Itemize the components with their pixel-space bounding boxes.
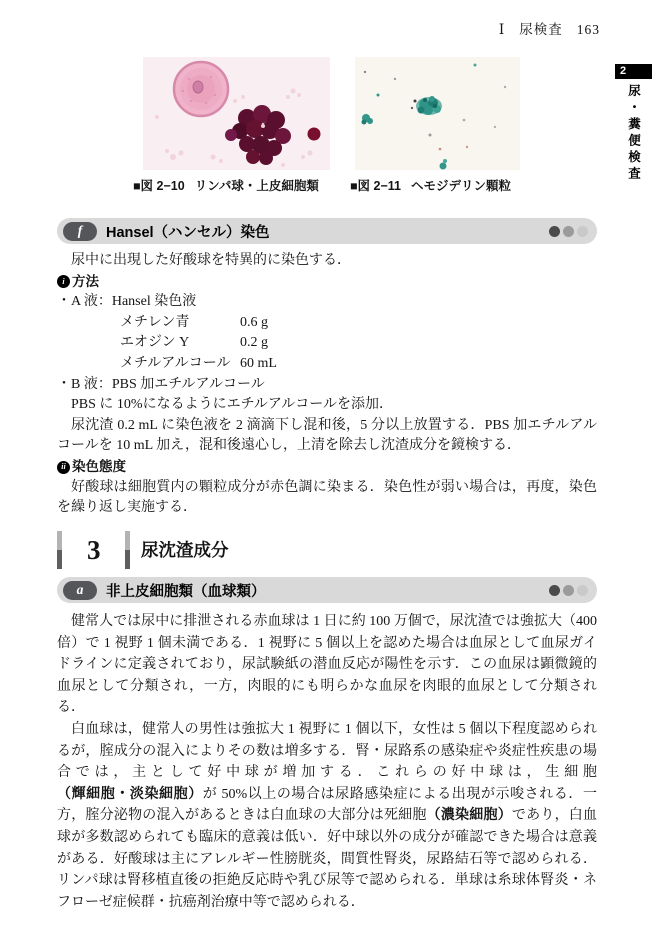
section-badge-f: f xyxy=(63,222,97,241)
solution-a-line: ・A 液：Hansel 染色液 xyxy=(57,292,597,313)
figure-caption-2-10: ■図 2−10リンパ球・上皮細胞類 xyxy=(133,176,319,194)
section-header-nonepithelial: a 非上皮細胞類（血球類） xyxy=(57,577,597,603)
isolated-red-cell xyxy=(308,128,321,141)
solution-b-line: ・B 液：PBS 加エチルアルコール xyxy=(57,375,597,396)
procedure-paragraph: 尿沈渣 0.2 mL に染色液を 2 滴滴下し混和後，5 分以上放置する．PBS… xyxy=(57,416,597,457)
level-dot-filled xyxy=(549,226,560,237)
figure-title: ヘモジデリン顆粒 xyxy=(411,179,511,193)
figure-title: リンパ球・上皮細胞類 xyxy=(195,179,319,193)
figure-caption-2-11: ■図 2−11ヘモジデリン顆粒 xyxy=(350,176,511,194)
level-dot-half xyxy=(563,226,574,237)
bold-term-live-cells: （輝細胞・淡染細胞） xyxy=(57,787,203,802)
section-title-nonepithelial: 非上皮細胞類（血球類） xyxy=(106,580,266,601)
reagent-row: メチレン青 0.6 g xyxy=(57,313,597,334)
section-3-heading: 3 尿沈渣成分 xyxy=(57,530,597,570)
chapter-marker: Ⅰ xyxy=(499,22,505,37)
figure-label: ■図 2−11 xyxy=(350,179,401,193)
reagent-row: エオジン Y 0.2 g xyxy=(57,333,597,354)
level-dot-filled xyxy=(549,585,560,596)
bold-term-dead-cells: （濃染細胞） xyxy=(427,808,512,823)
wbc-paragraph: 白血球は，健常人の男性は強拡大 1 視野に 1 個以下，女性は 5 個以下程度認… xyxy=(57,719,597,913)
solution-b-note: PBS に 10%になるようにエチルアルコールを添加． xyxy=(57,395,597,416)
importance-level-indicator xyxy=(549,226,588,237)
side-tab-label: 尿・糞便検査 xyxy=(625,84,643,183)
micrograph-lymphocytes-epithelial xyxy=(143,57,330,170)
staining-subheading: ii染色態度 xyxy=(57,457,597,478)
side-tab-number: 2 xyxy=(615,64,652,79)
running-header: Ⅰ尿検査163 xyxy=(499,18,600,38)
staining-paragraph: 好酸球は細胞質内の顆粒成分が赤色調に染まる．染色性が弱い場合は，再度，染色を繰り… xyxy=(57,478,597,519)
method-subheading: i方法 xyxy=(57,272,597,293)
section-header-hansel: f Hansel（ハンセル）染色 xyxy=(57,218,597,244)
level-dot-empty xyxy=(577,226,588,237)
section-f-body: 尿中に出現した好酸球を特異的に染色する． i方法 ・A 液：Hansel 染色液… xyxy=(57,251,597,519)
importance-level-indicator xyxy=(549,585,588,596)
chapter-title: 尿検査 xyxy=(519,22,563,37)
hansel-intro: 尿中に出現した好酸球を特異的に染色する． xyxy=(57,251,597,272)
micrograph-hemosiderin xyxy=(355,57,520,170)
circled-numeral-ii-icon: ii xyxy=(57,461,70,474)
figure-label: ■図 2−10 xyxy=(133,179,185,193)
side-tab: 2 尿・糞便検査 xyxy=(615,64,652,183)
section-title-urine-sediment: 尿沈渣成分 xyxy=(141,530,229,570)
reagent-row: メチルアルコール 60 mL xyxy=(57,354,597,375)
section-title-hansel: Hansel（ハンセル）染色 xyxy=(106,221,270,242)
section-badge-a: a xyxy=(63,581,97,600)
level-dot-empty xyxy=(577,585,588,596)
rbc-paragraph: 健常人では尿中に排泄される赤血球は 1 日に約 100 万個で，尿沈渣では強拡大… xyxy=(57,611,597,719)
section-bar-icon xyxy=(125,531,130,569)
epithelial-cell xyxy=(174,62,228,116)
section-number: 3 xyxy=(87,530,101,570)
level-dot-half xyxy=(563,585,574,596)
section-a-body: 健常人では尿中に排泄される赤血球は 1 日に約 100 万個で，尿沈渣では強拡大… xyxy=(57,611,597,913)
circled-numeral-i-icon: i xyxy=(57,275,70,288)
page-number: 163 xyxy=(577,22,600,37)
section-bar-icon xyxy=(57,531,62,569)
